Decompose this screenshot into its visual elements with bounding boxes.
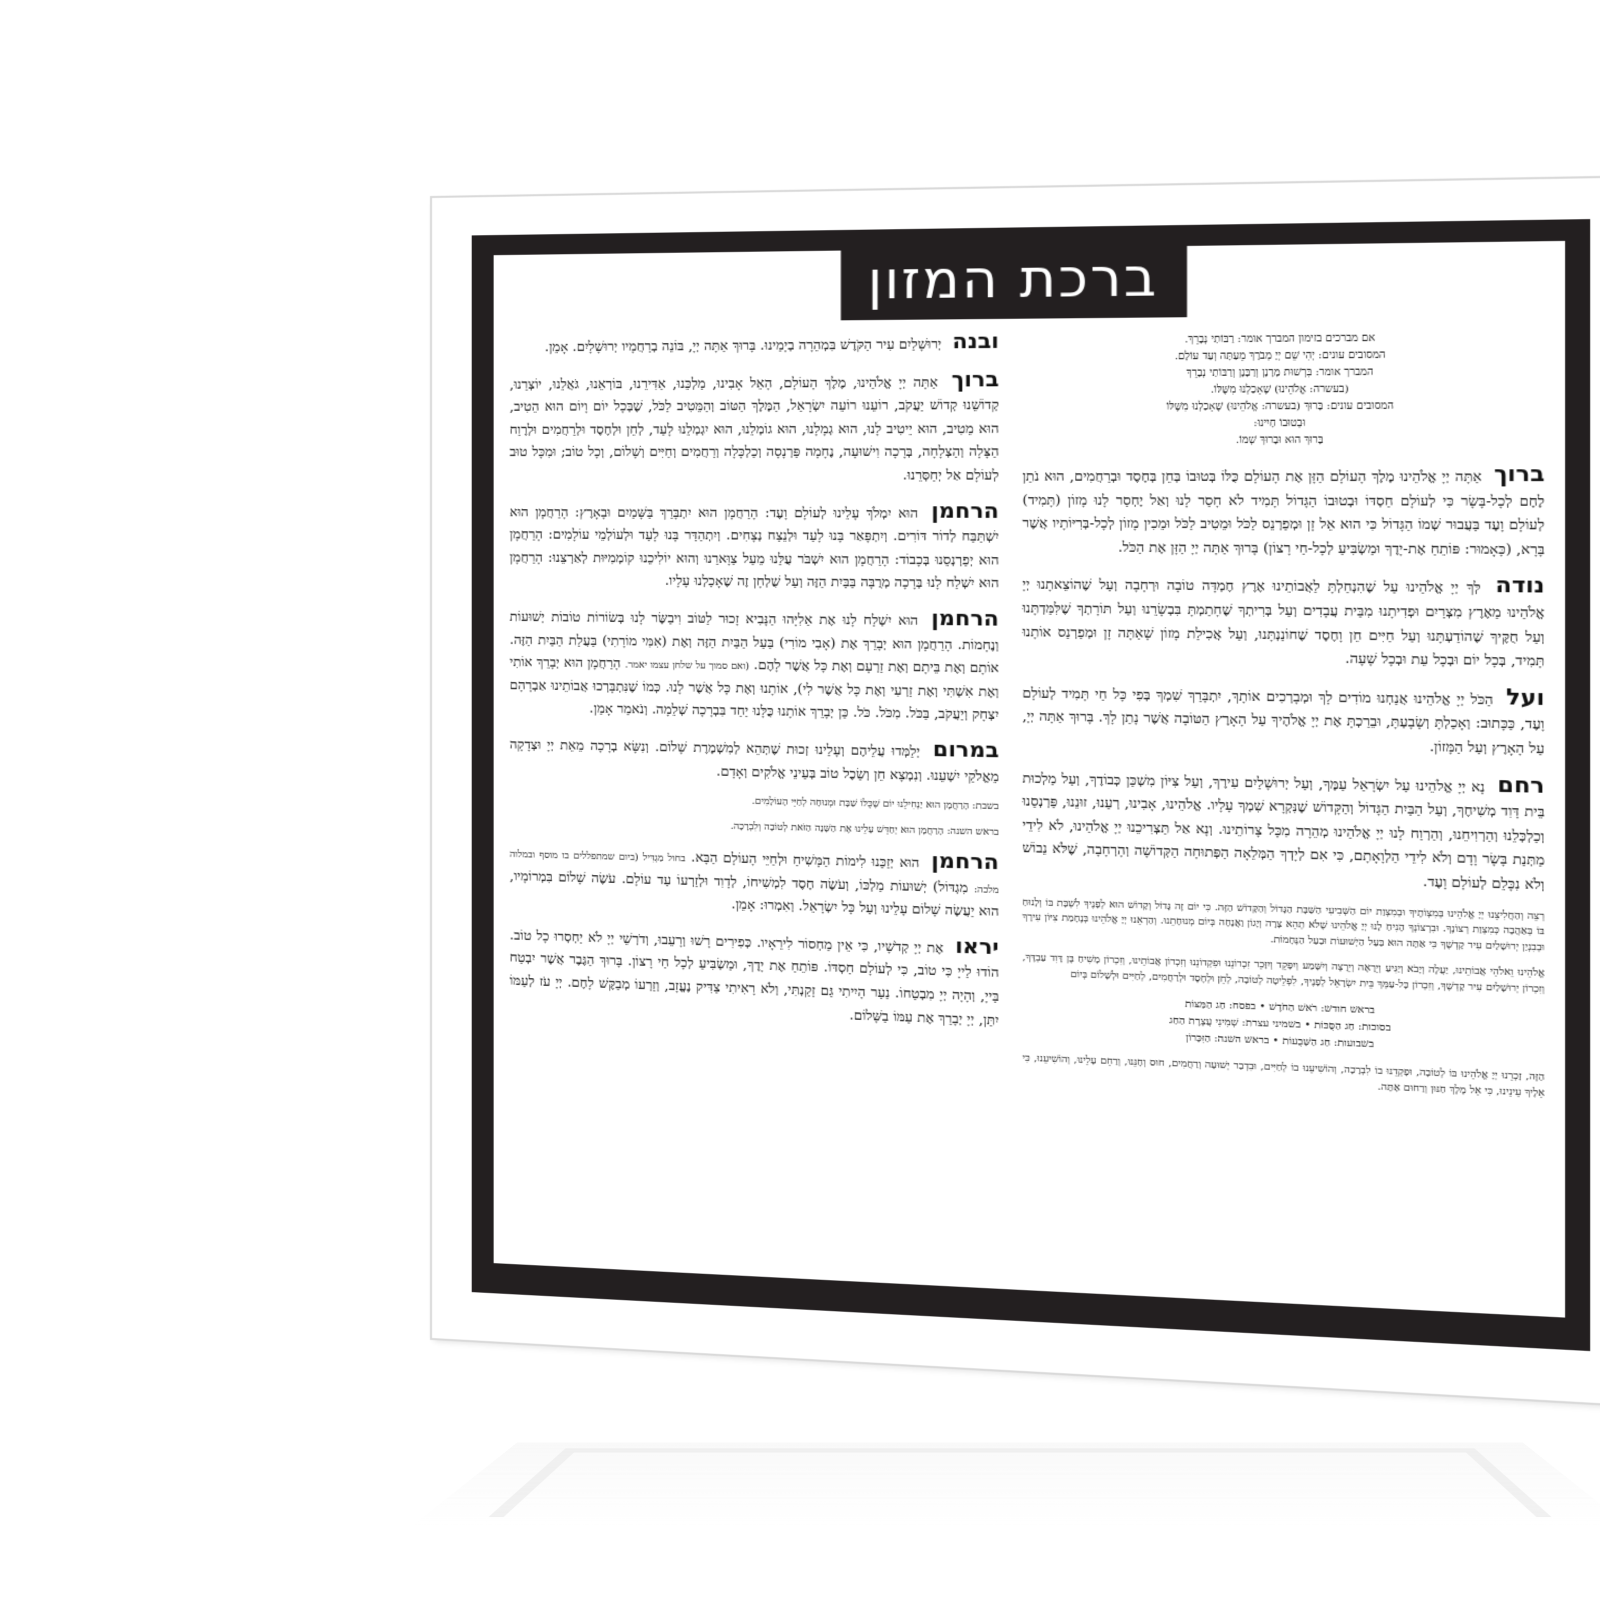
zimun-line: וּבְטוּבוֹ חָיִינוּ: <box>1022 415 1544 433</box>
paragraph-text: אַתָּה יְיָ אֱלֹהֵינוּ מֶלֶךְ הָעוֹלָם ה… <box>1022 469 1544 558</box>
lead-word: נודה <box>1495 572 1544 598</box>
lead-word: ברוך <box>1494 461 1545 487</box>
paragraph-baruch-hazan: ברוך אַתָּה יְיָ אֱלֹהֵינוּ מֶלֶךְ הָעוֹ… <box>1022 462 1544 563</box>
lead-word: ועל <box>1506 684 1544 710</box>
paragraph-harachaman-2: הרחמן הוּא יִשְׁלַח לָנוּ אֶת אֵלִיָּהוּ… <box>510 603 999 729</box>
paragraph-nodeh: נודה לְּךָ יְיָ אֱלֹהֵינוּ עַל שֶׁהִנְחַ… <box>1022 570 1544 674</box>
lead-word: יראו <box>955 933 999 959</box>
paragraph-baruch-hael: ברוך אַתָּה יְיָ אֱלֹהֵינוּ, מֶלֶךְ הָעו… <box>510 367 999 488</box>
zimun-line: (בעשרה: אֱלֹהֵינוּ) שֶׁאָכַלְנוּ מִשֶּׁל… <box>1022 380 1544 399</box>
lead-word: הרחמן <box>931 605 999 630</box>
instruction-note: (ואם סמוך על שלחן עצמו יאמר. <box>625 660 749 673</box>
lead-word: במרום <box>933 736 999 762</box>
product-scene: ברכת המזון אם מברכים בזימון המברך אומר: … <box>0 0 1600 1600</box>
paragraph-text: אֶת יְיָ קְדֹשָׁיו, כִּי אֵין מַחְסוֹר ל… <box>510 928 999 1028</box>
paragraph-text: אַתָּה יְיָ אֱלֹהֵינוּ, מֶלֶךְ הָעוֹלָם,… <box>510 375 999 484</box>
paragraph-zochreinu: הַזֶּה, זָכְרֵנוּ יְיָ אֱלֹהֵינוּ בּוֹ ל… <box>1022 1051 1544 1101</box>
holiday-insertions: בראש חודש: רֹאשׁ הַחֹדֶשׁ • בפסח: חַג הַ… <box>1022 991 1544 1059</box>
poster-title: ברכת המזון <box>840 244 1186 320</box>
zimun-line: בָּרוּךְ הוּא וּבָרוּךְ שְׁמוֹ. <box>1022 432 1544 450</box>
paragraph-text: הוּא יִמְלֹךְ עָלֵינוּ לְעוֹלָם וָעֶד: ה… <box>510 505 999 592</box>
paragraph-text: הוּא יְזַכֵּנוּ לִימוֹת הַמָּשִׁיחַ וּלְ… <box>691 850 919 871</box>
panel-reflection <box>413 1442 1600 1525</box>
paragraph-text: לְּךָ יְיָ אֱלֹהֵינוּ עַל שֶׁהִנְחַלְתָּ… <box>1022 577 1544 669</box>
paragraph-harachaman-1: הרחמן הוּא יִמְלֹךְ עָלֵינוּ לְעוֹלָם וָ… <box>510 498 999 597</box>
lead-word: הרחמן <box>931 498 999 523</box>
paragraph-harachaman-3: הרחמן הוּא יְזַכֵּנוּ לִימוֹת הַמָּשִׁיח… <box>510 839 999 925</box>
lead-word: הרחמן <box>931 848 999 874</box>
paragraph-bamarom: במרום יְלַמְּדוּ עֲלֵיהֶם וְעָלֵינוּ זְכ… <box>510 730 999 789</box>
paragraph-yeru: יראו אֶת יְיָ קְדֹשָׁיו, כִּי אֵין מַחְס… <box>510 921 999 1033</box>
paragraph-yaaleh-veyavo: אֱלֹהֵינוּ וֵאלֹהֵי אֲבוֹתֵינוּ, יַעֲלֶה… <box>1022 951 1544 998</box>
acrylic-panel: ברכת המזון אם מברכים בזימון המברך אומר: … <box>432 177 1600 1405</box>
lead-word: ובנה <box>952 328 999 353</box>
paragraph-veal-hakol: ועל הַכֹּל יְיָ אֱלֹהֵינוּ אֲנַחְנוּ מוֹ… <box>1022 679 1544 763</box>
zimun-line: המסובים עונים: בָּרוּךְ (בעשרה: אֱלֹהֵינ… <box>1022 398 1544 417</box>
lead-word: ברוך <box>951 366 998 391</box>
paragraph-text: יְרוּשָׁלַיִם עִיר הַקֹּדֶשׁ בִּמְהֵרָה … <box>545 337 942 355</box>
right-column: אם מברכים בזימון המברך אומר: רַבּוֹתַי נ… <box>1022 325 1544 1295</box>
paragraph-rachem: רחם נָא יְיָ אֱלֹהֵינוּ עַל יִשְׂרָאֵל ע… <box>1022 763 1544 898</box>
zimun-instructions: אם מברכים בזימון המברך אומר: רַבּוֹתַי נ… <box>1022 329 1544 449</box>
black-frame-border: ברכת המזון אם מברכים בזימון המברך אומר: … <box>472 219 1590 1351</box>
paragraph-text: נָא יְיָ אֱלֹהֵינוּ עַל יִשְׂרָאֵל עַמֶּ… <box>1022 771 1544 894</box>
paragraph-retzei: רְצֵה וְהַחֲלִיצֵנוּ יְיָ אֱלֹהֵינוּ בְּ… <box>1022 895 1544 955</box>
rosh-hashana-insertion: בראש השנה: הָרַחֲמָן הוּא יְחַדֵּשׁ עָלֵ… <box>510 814 999 840</box>
shabbat-insertion: בשבת: הָרַחֲמָן הוּא יַנְחִילֵנוּ יוֹם ש… <box>510 790 999 815</box>
paragraph-uvneh: ובנה יְרוּשָׁלַיִם עִיר הַקֹּדֶשׁ בִּמְה… <box>510 329 999 360</box>
text-columns: אם מברכים בזימון המברך אומר: רַבּוֹתַי נ… <box>510 325 1545 1295</box>
lead-word: רחם <box>1497 771 1544 798</box>
poster-page: ברכת המזון אם מברכים בזימון המברך אומר: … <box>494 241 1565 1318</box>
paragraph-text: יְלַמְּדוּ עֲלֵיהֶם וְעָלֵינוּ זְכוּת שֶ… <box>510 737 999 784</box>
paragraph-text: מִגְדּוֹל) יְשׁוּעוֹת מַלְכּוֹ, וְעֹשֶׂה… <box>510 869 999 921</box>
left-column: ובנה יְרוּשָׁלַיִם עִיר הַקֹּדֶשׁ בִּמְה… <box>510 329 999 1268</box>
paragraph-text: הַכֹּל יְיָ אֱלֹהֵינוּ אֲנַחְנוּ מוֹדִים… <box>1022 686 1544 758</box>
reflection-frame <box>488 1448 1551 1517</box>
